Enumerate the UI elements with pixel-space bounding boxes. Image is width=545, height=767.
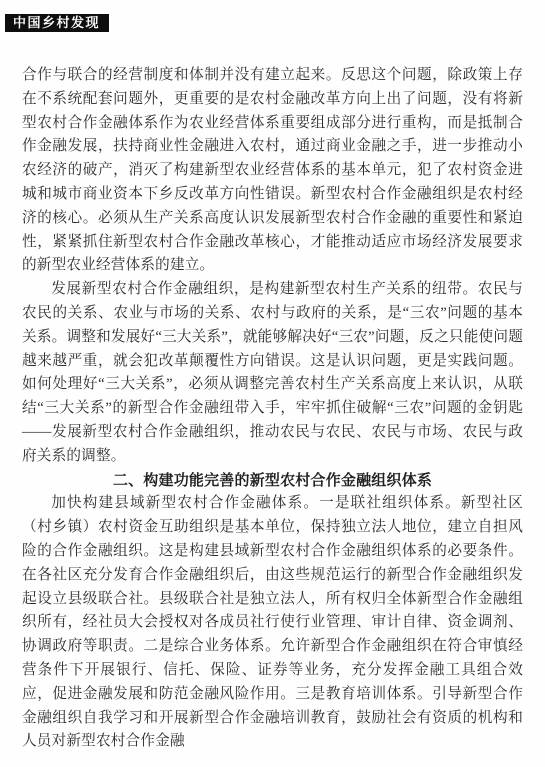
body-paragraph-3: 加快构建县域新型农村合作金融体系。一是联社组织体系。新型社区（村乡镇）农村资金互… <box>22 492 523 754</box>
body-paragraph-1: 合作与联合的经营制度和体制并没有建立起来。反思这个问题，除政策上存在不系统配套问… <box>22 64 523 278</box>
body-paragraph-2: 发展新型农村合作金融组织，是构建新型农村生产关系的纽带。农民与农民的关系、农业与… <box>22 278 523 468</box>
section-heading: 二、构建功能完善的新型农村合作金融组织体系 <box>22 469 523 493</box>
article-body: 合作与联合的经营制度和体制并没有建立起来。反思这个问题，除政策上存在不系统配套问… <box>22 64 523 754</box>
document-page: 中国乡村发现 合作与联合的经营制度和体制并没有建立起来。反思这个问题，除政策上存… <box>0 0 545 767</box>
publication-badge: 中国乡村发现 <box>5 14 109 32</box>
